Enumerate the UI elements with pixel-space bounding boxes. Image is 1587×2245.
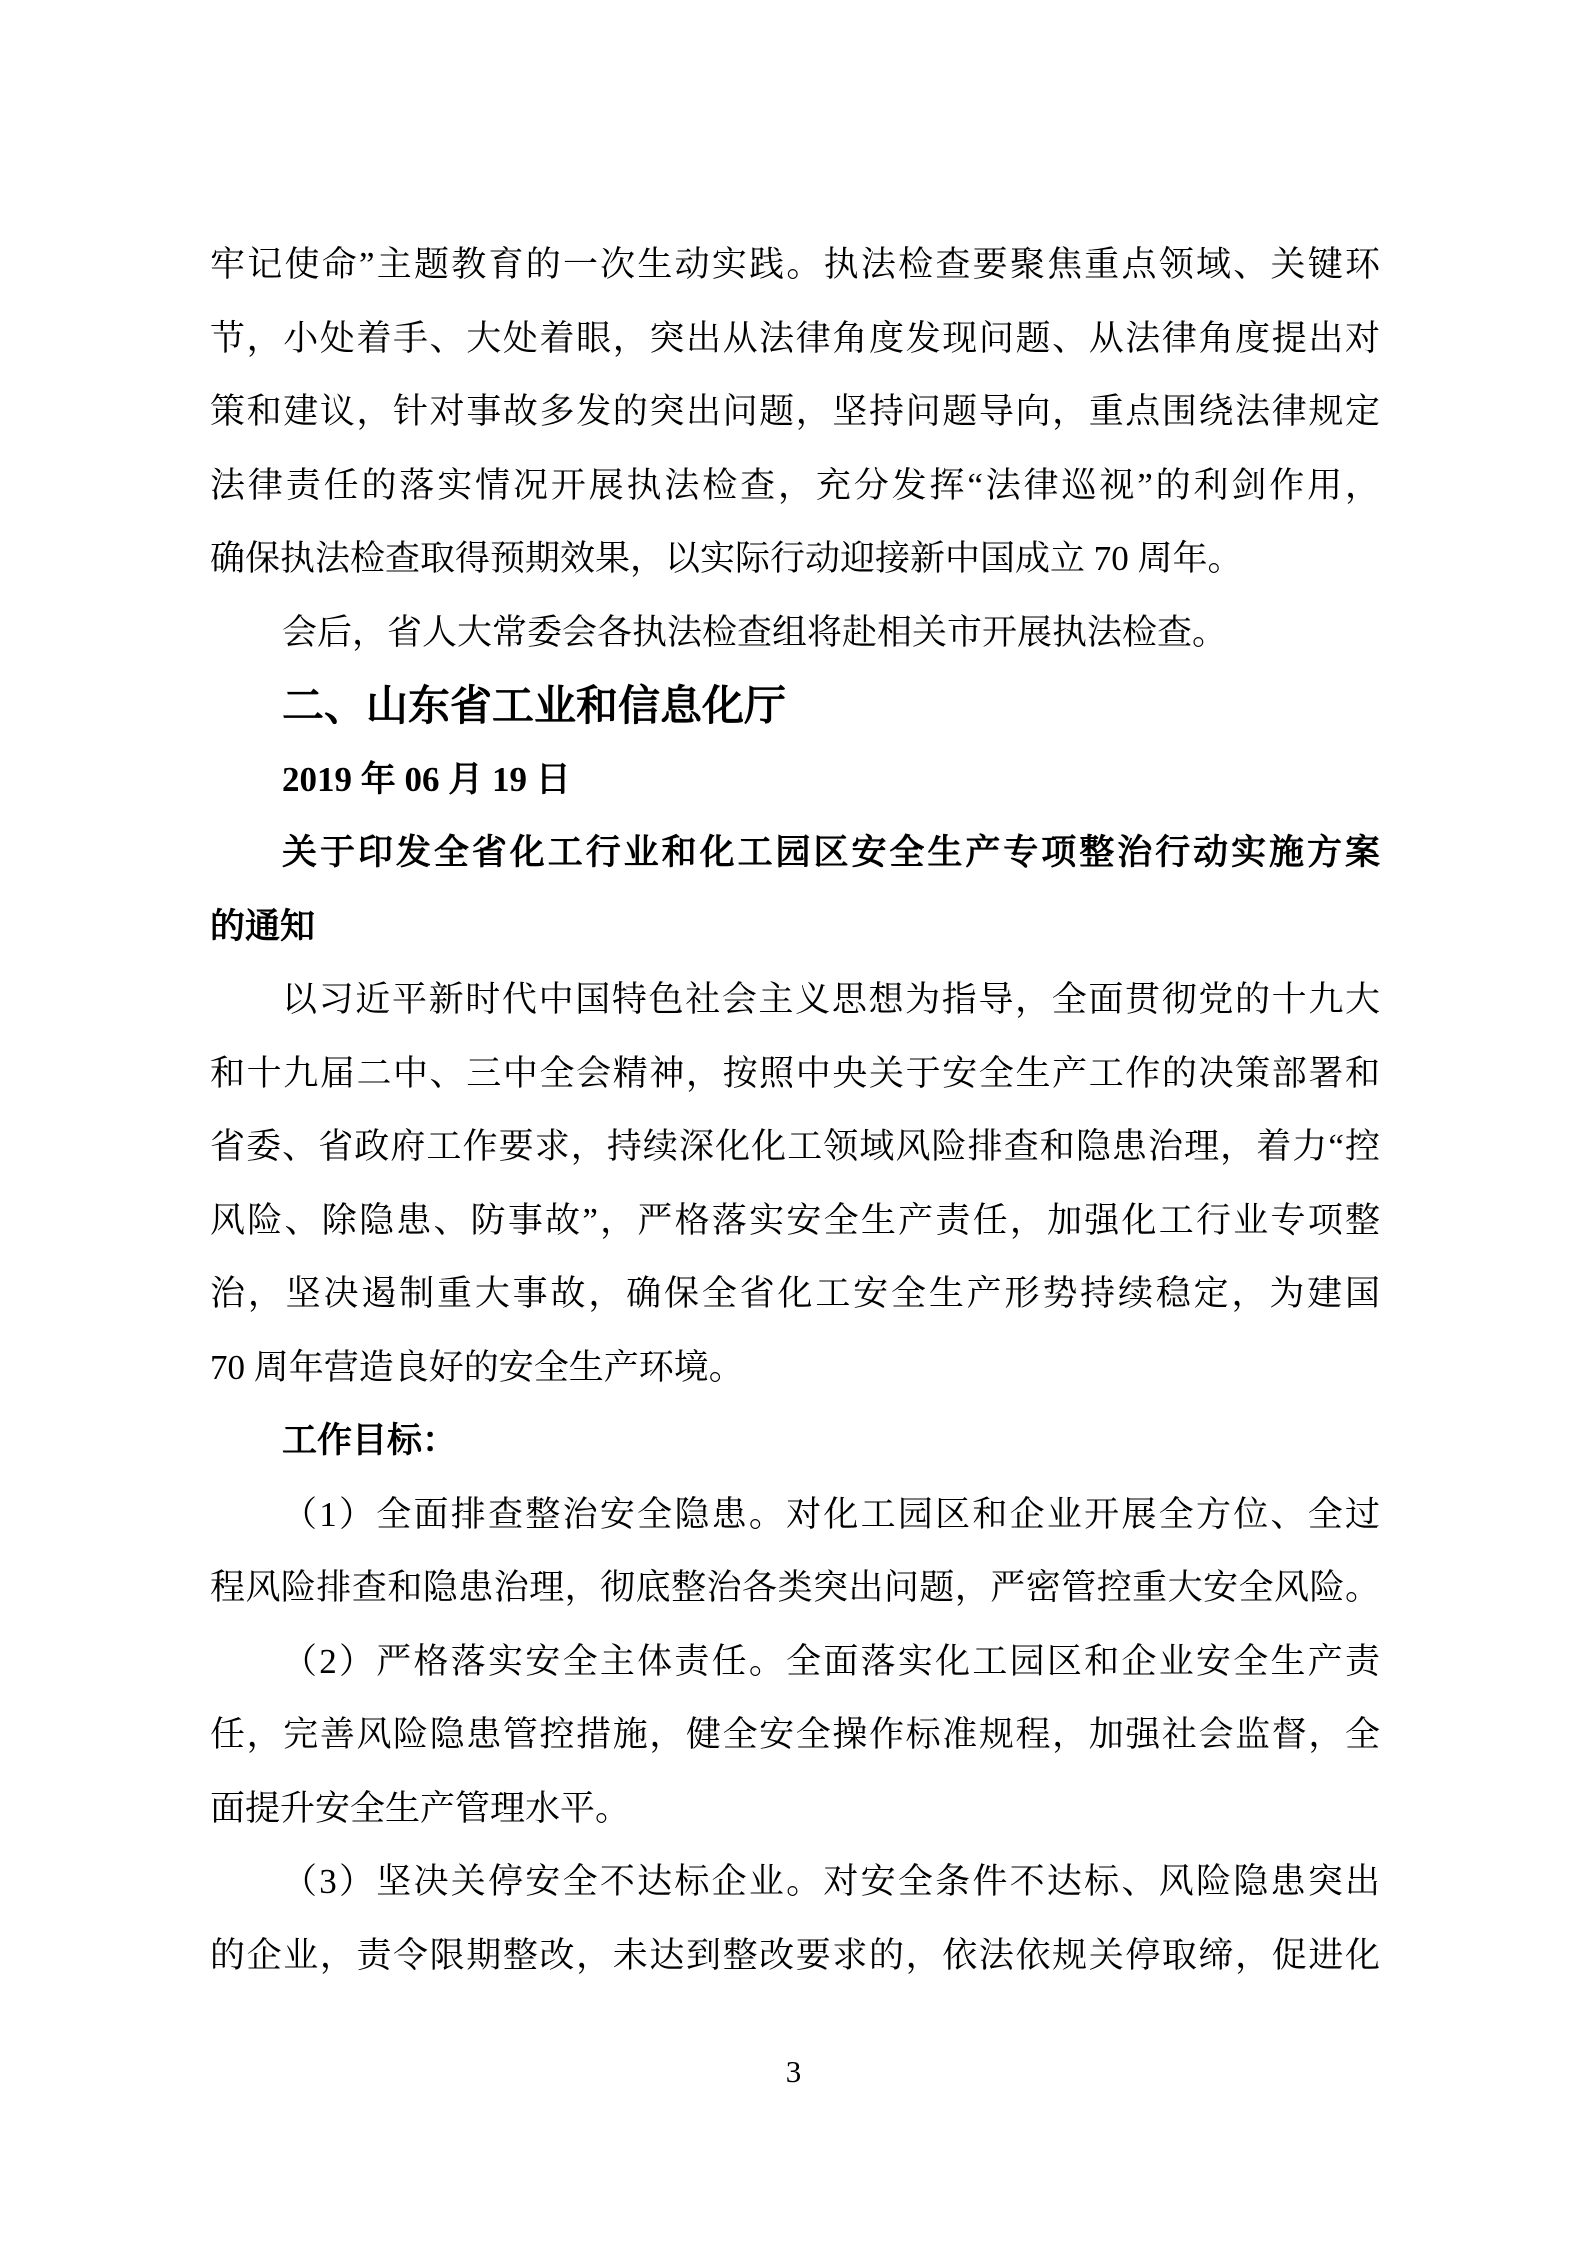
subheading-work-goals: 工作目标：: [210, 1404, 1380, 1478]
text-line: 治，坚决遏制重大事故，确保全省化工安全生产形势持续稳定，为建国: [210, 1257, 1380, 1331]
text-line: （3）坚决关停安全不达标企业。对安全条件不达标、风险隐患突出: [210, 1845, 1380, 1919]
notice-title: 关于印发全省化工行业和化工园区安全生产专项整治行动实施方案: [210, 816, 1380, 890]
notice-title-continued: 的通知: [210, 890, 1380, 964]
section-heading: 二、山东省工业和信息化厅: [210, 669, 1380, 743]
text-line: 会后，省人大常委会各执法检查组将赴相关市开展执法检查。: [210, 596, 1380, 670]
text-line: 省委、省政府工作要求，持续深化化工领域风险排查和隐患治理，着力“控: [210, 1110, 1380, 1184]
text-line: 法律责任的落实情况开展执法检查，充分发挥“法律巡视”的利剑作用，: [210, 449, 1380, 523]
date-line: 2019 年 06 月 19 日: [210, 743, 1380, 817]
text-line: 牢记使命”主题教育的一次生动实践。执法检查要聚焦重点领域、关键环: [210, 228, 1380, 302]
text-line: 节，小处着手、大处着眼，突出从法律角度发现问题、从法律角度提出对: [210, 302, 1380, 376]
text-line: 面提升安全生产管理水平。: [210, 1772, 1380, 1846]
text-line: 风险、除隐患、防事故”，严格落实安全生产责任，加强化工行业专项整: [210, 1184, 1380, 1258]
text-line: 任，完善风险隐患管控措施，健全安全操作标准规程，加强社会监督，全: [210, 1698, 1380, 1772]
document-body: 牢记使命”主题教育的一次生动实践。执法检查要聚焦重点领域、关键环 节，小处着手、…: [210, 228, 1380, 1992]
text-line: 70 周年营造良好的安全生产环境。: [210, 1331, 1380, 1405]
text-line: 和十九届二中、三中全会精神，按照中央关于安全生产工作的决策部署和: [210, 1037, 1380, 1111]
text-line: （1）全面排查整治安全隐患。对化工园区和企业开展全方位、全过: [210, 1478, 1380, 1552]
page-number: 3: [0, 2052, 1587, 2092]
document-page: { "document": { "lines": [ {"text": "牢记使…: [0, 0, 1587, 2245]
text-line: 策和建议，针对事故多发的突出问题，坚持问题导向，重点围绕法律规定: [210, 375, 1380, 449]
text-line: 以习近平新时代中国特色社会主义思想为指导，全面贯彻党的十九大: [210, 963, 1380, 1037]
text-line: 确保执法检查取得预期效果，以实际行动迎接新中国成立 70 周年。: [210, 522, 1380, 596]
text-line: 的企业，责令限期整改，未达到整改要求的，依法依规关停取缔，促进化: [210, 1919, 1380, 1993]
text-line: 程风险排查和隐患治理，彻底整治各类突出问题，严密管控重大安全风险。: [210, 1551, 1380, 1625]
text-line: （2）严格落实安全主体责任。全面落实化工园区和企业安全生产责: [210, 1625, 1380, 1699]
